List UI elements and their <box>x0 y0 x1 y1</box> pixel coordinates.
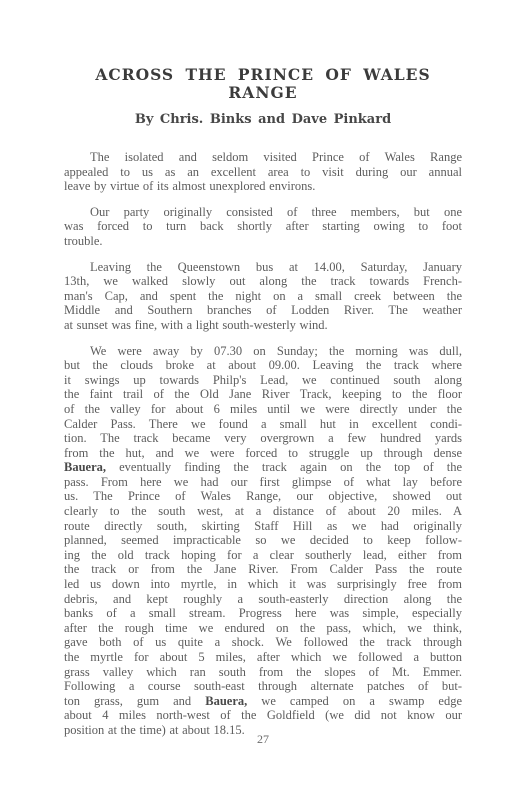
text-line: Our party originally consisted of three … <box>64 205 462 220</box>
text-line: We were away by 07.30 on Sunday; the mor… <box>64 344 462 359</box>
article-title: ACROSS THE PRINCE OF WALES RANGE <box>64 66 462 102</box>
text-line: Following a course south-east through al… <box>64 679 462 694</box>
text-line: after the rough time we endured on the p… <box>64 621 462 636</box>
text-line: tion. The track became very overgrown a … <box>64 431 462 446</box>
paragraph: The isolated and seldom visited Prince o… <box>64 150 462 194</box>
text-line: of the valley for about 6 miles until we… <box>64 402 462 417</box>
paragraph: Leaving the Queenstown bus at 14.00, Sat… <box>64 260 462 333</box>
text-line: about 4 miles north-west of the Goldfiel… <box>64 708 462 723</box>
text-line: leave by virtue of its almost unexplored… <box>64 179 462 194</box>
text-line: trouble. <box>64 234 462 249</box>
text-line: banks of a small stream. Progress here w… <box>64 606 462 621</box>
text-line: the myrtle for about 5 miles, after whic… <box>64 650 462 665</box>
text-line: led us down into myrtle, in which it was… <box>64 577 462 592</box>
text-line: Middle and Southern branches of Lodden R… <box>64 303 462 318</box>
text-line: The isolated and seldom visited Prince o… <box>64 150 462 165</box>
text-line: appealed to us as an excellent area to v… <box>64 165 462 180</box>
text-line: Bauera, eventually finding the track aga… <box>64 460 462 475</box>
text-line: ing the old track hoping for a clear sou… <box>64 548 462 563</box>
text-line: Calder Pass. There we found a small hut … <box>64 417 462 432</box>
article-body: The isolated and seldom visited Prince o… <box>64 150 462 738</box>
text-line: 13th, we walked slowly out along the tra… <box>64 274 462 289</box>
text-line: Leaving the Queenstown bus at 14.00, Sat… <box>64 260 462 275</box>
text-line: planned, seemed impracticable so we deci… <box>64 533 462 548</box>
text-line: gave both of us quite a shock. We follow… <box>64 635 462 650</box>
text-line: from the hut, and we were forced to stru… <box>64 446 462 461</box>
text-line: the track or from the Jane River. From C… <box>64 562 462 577</box>
article-byline: By Chris. Binks and Dave Pinkard <box>64 112 462 128</box>
text-line: at sunset was fine, with a light south-w… <box>64 318 462 333</box>
paragraph: Our party originally consisted of three … <box>64 205 462 249</box>
text-line: ton grass, gum and Bauera, we camped on … <box>64 694 462 709</box>
text-line: but the clouds broke at about 09.00. Lea… <box>64 358 462 373</box>
text-line: pass. From here we had our first glimpse… <box>64 475 462 490</box>
text-line: us. The Prince of Wales Range, our objec… <box>64 489 462 504</box>
text-line: it swings up towards Philp's Lead, we co… <box>64 373 462 388</box>
paragraph: We were away by 07.30 on Sunday; the mor… <box>64 344 462 738</box>
document-page: ACROSS THE PRINCE OF WALES RANGE By Chri… <box>0 0 520 800</box>
text-line: route directly south, skirting Staff Hil… <box>64 519 462 534</box>
text-line: man's Cap, and spent the night on a smal… <box>64 289 462 304</box>
text-line: debris, and kept roughly a south-easterl… <box>64 592 462 607</box>
text-line: the faint trail of the Old Jane River Tr… <box>64 387 462 402</box>
article: ACROSS THE PRINCE OF WALES RANGE By Chri… <box>64 66 462 749</box>
text-line: was forced to turn back shortly after st… <box>64 219 462 234</box>
text-line: grass valley which ran south from the sl… <box>64 665 462 680</box>
page-number: 27 <box>64 732 462 747</box>
text-line: clearly to the south west, at a distance… <box>64 504 462 519</box>
